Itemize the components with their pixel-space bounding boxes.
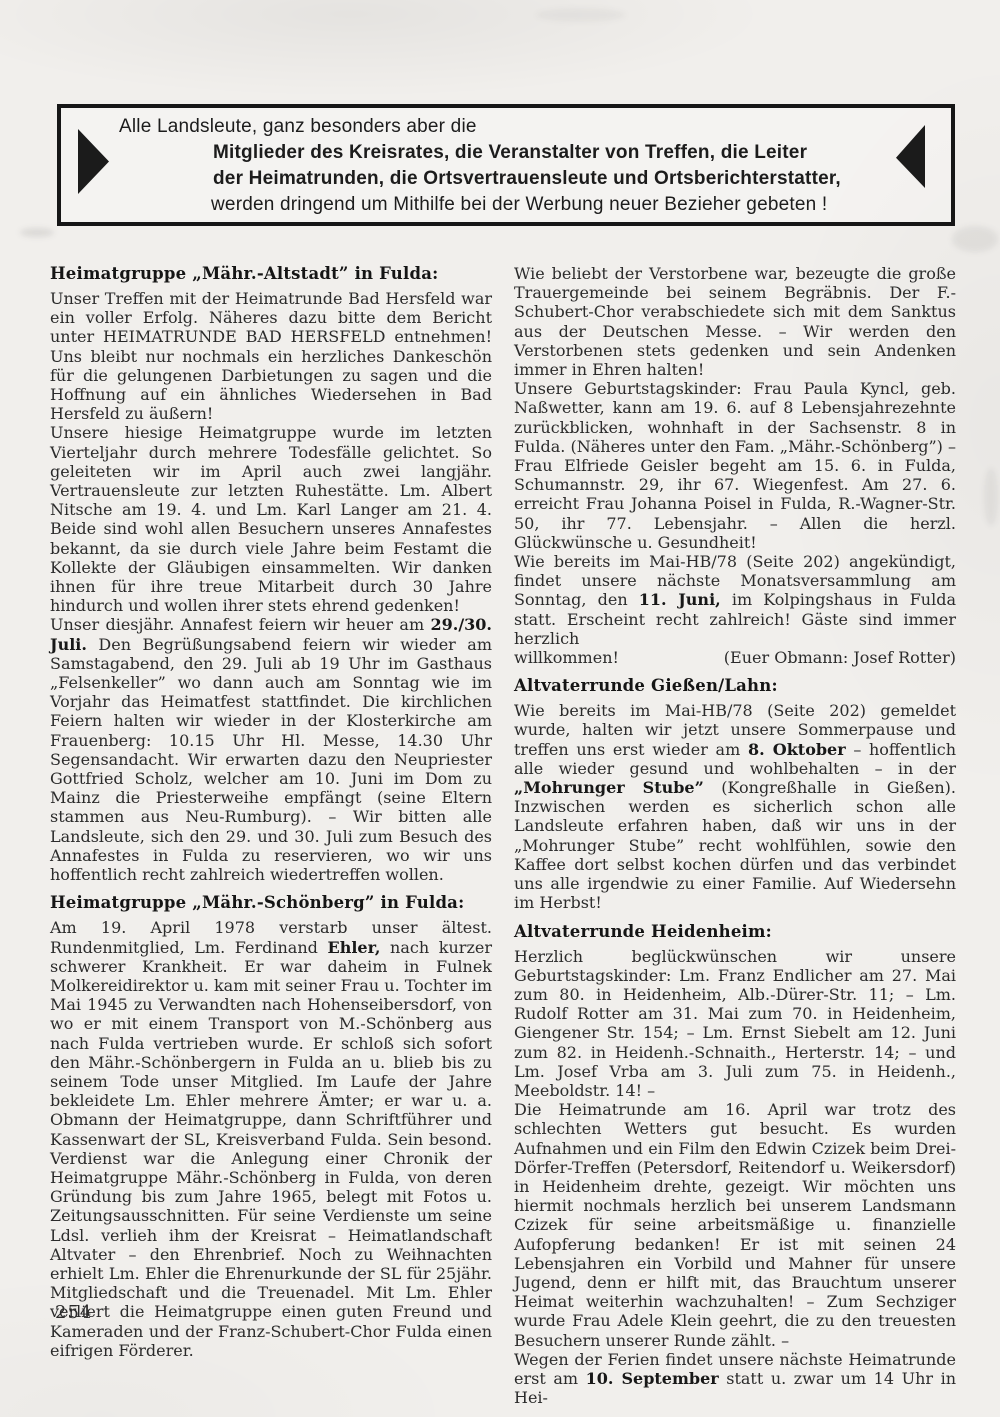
paragraph: Unsere Geburtstagskinder: Frau Paula Kyn… [514,379,956,552]
paragraph: Herzlich beglückwünschen wir unsere Gebu… [514,947,956,1101]
section-heading: Altvaterrunde Gießen/Lahn: [514,676,956,696]
scan-artifact [20,228,54,237]
signoff-line: willkommen!(Euer Obmann: Josef Rotter) [514,648,956,667]
paragraph: Unser diesjähr. Annafest feiern wir heue… [50,615,492,884]
column-right: Wie beliebt der Verstorbene war, bezeugt… [514,264,956,1407]
banner-text: Alle Landsleute, ganz besonders aber die… [61,114,951,218]
paragraph: Unsere hiesige Heimatgruppe wurde im let… [50,423,492,615]
article-columns: Heimatgruppe „Mähr.-Altstadt” in Fulda:U… [50,264,956,1407]
paragraph: Wie bereits im Mai-HB/78 (Seite 202) ang… [514,552,956,648]
paragraph: Am 19. April 1978 verstarb unser ältest.… [50,918,492,1360]
banner-line-1: Alle Landsleute, ganz besonders aber die [119,114,951,140]
page-number: 254 [55,1302,92,1323]
banner-line-3: der Heimatrunden, die Ortsvertrauensleut… [213,166,951,192]
banner-line-2: Mitglieder des Kreisrates, die Veranstal… [213,140,951,166]
scan-artifact [536,8,626,22]
paragraph: Unser Treffen mit der Heimatrunde Bad He… [50,289,492,423]
paragraph: Wegen der Ferien findet unsere nächste H… [514,1350,956,1408]
page: { "colors": { "paper": "#f1efec", "ink":… [0,0,1000,1417]
section-heading: Heimatgruppe „Mähr.-Altstadt” in Fulda: [50,264,492,284]
section-heading: Altvaterrunde Heidenheim: [514,922,956,942]
banner-line-4: werden dringend um Mithilfe bei der Werb… [211,192,951,218]
paragraph: Wie bereits im Mai-HB/78 (Seite 202) gem… [514,701,956,912]
paragraph: Die Heimatrunde am 16. April war trotz d… [514,1100,956,1350]
scan-artifact [984,468,998,526]
column-left: Heimatgruppe „Mähr.-Altstadt” in Fulda:U… [50,264,492,1407]
banner: Alle Landsleute, ganz besonders aber die… [57,104,955,226]
paragraph: Wie beliebt der Verstorbene war, bezeugt… [514,264,956,379]
scan-artifact [952,226,998,252]
section-heading: Heimatgruppe „Mähr.-Schönberg” in Fulda: [50,893,492,913]
